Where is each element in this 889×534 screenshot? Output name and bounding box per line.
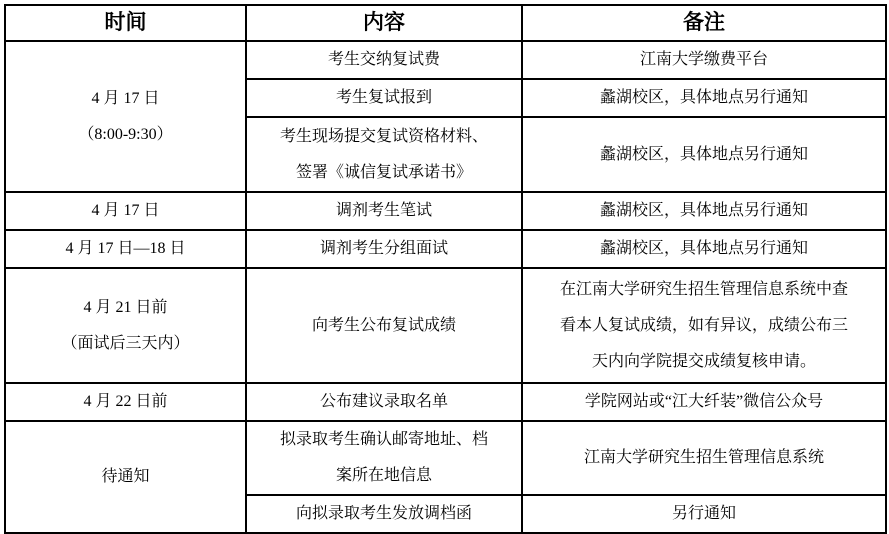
remark-text-line: 蠡湖校区，具体地点另行通知 xyxy=(529,137,879,173)
column-header-2: 内容 xyxy=(246,5,522,41)
time-text-line: 4 月 17 日—18 日 xyxy=(12,231,239,267)
remark-cell: 蠡湖校区，具体地点另行通知 xyxy=(522,79,886,117)
time-text-line: （8:00-9:30） xyxy=(12,117,239,153)
remark-cell: 蠡湖校区，具体地点另行通知 xyxy=(522,230,886,268)
remark-text-line: 学院网站或“江大纤装”微信公众号 xyxy=(529,384,879,420)
content-text-line: 向拟录取考生发放调档函 xyxy=(253,496,515,532)
time-text-line: （面试后三天内） xyxy=(12,326,239,362)
table-row: 4 月 17 日—18 日调剂考生分组面试蠡湖校区，具体地点另行通知 xyxy=(5,230,886,268)
remark-text-line: 另行通知 xyxy=(529,496,879,532)
table-row: 4 月 17 日调剂考生笔试蠡湖校区，具体地点另行通知 xyxy=(5,192,886,230)
content-cell: 拟录取考生确认邮寄地址、档案所在地信息 xyxy=(246,421,522,495)
table-header-row: 时间内容备注 xyxy=(5,5,886,41)
time-text-line: 4 月 21 日前 xyxy=(12,290,239,326)
content-cell: 调剂考生分组面试 xyxy=(246,230,522,268)
content-text-line: 考生复试报到 xyxy=(253,80,515,116)
time-cell: 待通知 xyxy=(5,421,246,533)
content-cell: 向拟录取考生发放调档函 xyxy=(246,495,522,533)
content-cell: 考生现场提交复试资格材料、签署《诚信复试承诺书》 xyxy=(246,117,522,192)
remark-cell: 另行通知 xyxy=(522,495,886,533)
remark-text-line: 蠡湖校区，具体地点另行通知 xyxy=(529,193,879,229)
content-text-line: 拟录取考生确认邮寄地址、档 xyxy=(253,422,515,458)
column-header-1: 时间 xyxy=(5,5,246,41)
schedule-table: 时间内容备注 4 月 17 日（8:00-9:30）考生交纳复试费江南大学缴费平… xyxy=(4,4,887,534)
remark-cell: 在江南大学研究生招生管理信息系统中查看本人复试成绩，如有异议，成绩公布三天内向学… xyxy=(522,268,886,383)
content-cell: 调剂考生笔试 xyxy=(246,192,522,230)
time-cell: 4 月 17 日（8:00-9:30） xyxy=(5,41,246,192)
remark-text-line: 看本人复试成绩，如有异议，成绩公布三 xyxy=(529,308,879,344)
content-text-line: 调剂考生笔试 xyxy=(253,193,515,229)
content-text-line: 签署《诚信复试承诺书》 xyxy=(253,155,515,191)
remark-cell: 蠡湖校区，具体地点另行通知 xyxy=(522,192,886,230)
content-text-line: 公布建议录取名单 xyxy=(253,384,515,420)
time-cell: 4 月 21 日前（面试后三天内） xyxy=(5,268,246,383)
remark-text-line: 天内向学院提交成绩复核申请。 xyxy=(529,344,879,380)
remark-cell: 学院网站或“江大纤装”微信公众号 xyxy=(522,383,886,421)
time-text-line: 4 月 17 日 xyxy=(12,193,239,229)
content-text-line: 调剂考生分组面试 xyxy=(253,231,515,267)
time-cell: 4 月 17 日—18 日 xyxy=(5,230,246,268)
remark-cell: 蠡湖校区，具体地点另行通知 xyxy=(522,117,886,192)
content-cell: 考生交纳复试费 xyxy=(246,41,522,79)
content-text-line: 向考生公布复试成绩 xyxy=(253,308,515,344)
remark-text-line: 在江南大学研究生招生管理信息系统中查 xyxy=(529,272,879,308)
content-text-line: 考生现场提交复试资格材料、 xyxy=(253,119,515,155)
content-cell: 向考生公布复试成绩 xyxy=(246,268,522,383)
time-cell: 4 月 17 日 xyxy=(5,192,246,230)
page: 时间内容备注 4 月 17 日（8:00-9:30）考生交纳复试费江南大学缴费平… xyxy=(0,0,889,527)
time-text-line: 4 月 17 日 xyxy=(12,81,239,117)
content-text-line: 考生交纳复试费 xyxy=(253,42,515,78)
time-text-line: 待通知 xyxy=(12,459,239,495)
time-cell: 4 月 22 日前 xyxy=(5,383,246,421)
table-row: 4 月 17 日（8:00-9:30）考生交纳复试费江南大学缴费平台 xyxy=(5,41,886,79)
column-header-3: 备注 xyxy=(522,5,886,41)
remark-cell: 江南大学研究生招生管理信息系统 xyxy=(522,421,886,495)
table-row: 4 月 22 日前公布建议录取名单学院网站或“江大纤装”微信公众号 xyxy=(5,383,886,421)
time-text-line: 4 月 22 日前 xyxy=(12,384,239,420)
remark-cell: 江南大学缴费平台 xyxy=(522,41,886,79)
table-body: 4 月 17 日（8:00-9:30）考生交纳复试费江南大学缴费平台考生复试报到… xyxy=(5,41,886,533)
table-row: 待通知拟录取考生确认邮寄地址、档案所在地信息江南大学研究生招生管理信息系统 xyxy=(5,421,886,495)
header-row: 时间内容备注 xyxy=(5,5,886,41)
remark-text-line: 蠡湖校区，具体地点另行通知 xyxy=(529,80,879,116)
remark-text-line: 江南大学缴费平台 xyxy=(529,42,879,78)
content-text-line: 案所在地信息 xyxy=(253,458,515,494)
table-row: 4 月 21 日前（面试后三天内）向考生公布复试成绩在江南大学研究生招生管理信息… xyxy=(5,268,886,383)
remark-text-line: 蠡湖校区，具体地点另行通知 xyxy=(529,231,879,267)
content-cell: 考生复试报到 xyxy=(246,79,522,117)
content-cell: 公布建议录取名单 xyxy=(246,383,522,421)
remark-text-line: 江南大学研究生招生管理信息系统 xyxy=(529,440,879,476)
